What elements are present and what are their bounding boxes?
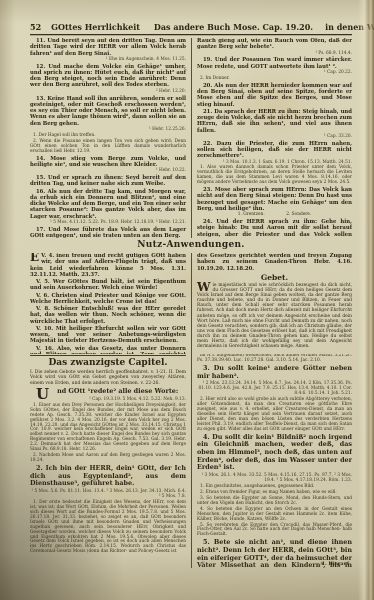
text-line: 13. Keine Hand soll ihn anrühren, sonder… — [30, 96, 186, 127]
chapter20-section: Das zwanzigste Capitel. I. Die zehen Geb… — [30, 354, 352, 568]
text-line: ¹ 3 Mos. 26.1. 4 Mos. 33.52. 5 Mos. 4.15… — [197, 474, 352, 484]
chapter20-column-right: im N.T. aufgehaben) wiederholet, auch al… — [191, 354, 352, 568]
text-line: 21. Da sprach der HERR zu ihm: Steig hin… — [197, 109, 352, 134]
text-line: Rauch gieng auf, wie ein Rauch vom Ofen,… — [197, 38, 352, 51]
prayer-paragraph: Wie majestätisch und wie schröcklich bez… — [197, 283, 352, 350]
header-left-title: GOttes Herrlichkeit — [51, 22, 140, 32]
drop-initial: U — [30, 388, 49, 400]
verses-column-left: 11. Und bereit seyn auf den dritten Tag.… — [30, 38, 191, 238]
verse-one-text: nd GOtt ¹redete² alle diese Worte: — [57, 387, 178, 395]
chapter-summary: I. Die zehen Gebote werden herrlich geof… — [30, 370, 186, 386]
text-line: ¹ Ps. 68.9. 114.4. — [197, 52, 352, 57]
text-line: 1. Also waren dannoch damals schon Pries… — [197, 166, 352, 186]
section-heading-gebet: Gebet. — [197, 273, 352, 282]
text-line: 12. Und mache dem Volcke ein Gehäge¹ umh… — [30, 64, 186, 89]
text-line: im N.T. aufgehaben) wiederholet, auch al… — [197, 354, 352, 364]
text-line: 1. Grentzen. 2. Sondere. — [197, 213, 352, 218]
text-line: 23. Mose aber sprach zum HErrn: Das Volc… — [197, 187, 352, 212]
text-line: 11. Und bereit seyn auf den dritten Tag.… — [30, 38, 186, 57]
section-heading-nutz: Nutz-Anwendungen. — [30, 240, 352, 251]
drop-initial: E — [30, 253, 39, 263]
applications-column-right: des Gesetzes gerichtet werden und freyen… — [191, 253, 352, 354]
chapter20-column-left: Das zwanzigste Capitel. I. Die zehen Geb… — [30, 354, 191, 568]
prayer-text: ie majestätisch und wie schröcklich beze… — [197, 283, 352, 350]
header-center-title: Das andere Buch Mose. Cap. 19.20. — [154, 22, 313, 32]
text-line: 3. So beteten die Egypter an Sonne, Mond… — [197, 497, 352, 507]
page-number: 52 — [30, 22, 41, 32]
text-line: ¹ 2 Mos. 23.13.24. 34.14. 5 Mos. 6.7. Jo… — [197, 382, 352, 397]
text-line: V. 10. Mit heiliger Ehrfurcht sollen wir… — [30, 326, 186, 345]
page-header: 52 GOttes Herrlichkeit Das andere Buch M… — [30, 22, 352, 32]
text-line: V. 16. Also, wie das Gesetz, das unter D… — [30, 346, 186, 355]
application-item-first: V. 4.Einen treuen und recht gütigen GOtt… — [30, 253, 186, 278]
header-right-title: in denen Wolcken. — [325, 22, 374, 32]
text-line: 4. Du sollt dir kein¹ Bildniß² noch irge… — [197, 434, 352, 472]
applications-column-left: V. 4.Einen treuen und recht gütigen GOtt… — [30, 253, 191, 354]
catchword: 1. Hierauf — [322, 561, 349, 567]
text-line: 24. Und der HERR sprach zu ihm: Gehe hin… — [197, 219, 352, 238]
text-line: 2. Im Donner. — [197, 77, 352, 82]
text-line: ¹ Hebr. 10.22. — [30, 169, 186, 174]
text-line: 20. Als nun der HERR hernieder kommen wa… — [197, 83, 352, 108]
text-line: ² Hebr. 12.20. — [30, 90, 186, 95]
text-line: V. 5. Wer GOttes Bund hält, ist sein Eig… — [30, 279, 186, 292]
chapter-heading: Das zwanzigste Capitel. — [30, 358, 186, 369]
chapter-rule — [30, 355, 186, 356]
verses-column-right: Rauch gieng auf, wie ein Rauch vom Ofen,… — [191, 38, 352, 238]
text-line: 14. Mose stieg vom Berge zum Volcke, und… — [30, 156, 186, 169]
text-line: 19. Und der Posaunen Ton ward immer stär… — [197, 57, 352, 70]
text-line: 3. Du sollt keine¹ andere Götter neben m… — [197, 365, 352, 380]
text-line: 2. Ich bin der HERR, dein¹ GOtt, der Ich… — [30, 465, 186, 488]
text-line: ¹ 5 Mos. 5.6. Ps. 81.11. Hos. 13.4. ² 3 … — [30, 490, 186, 500]
text-line: 16. Als nun der dritte Tag kam, und Morg… — [30, 189, 186, 220]
text-line: 2. Nachdem Mose und Aaron auf den Berg g… — [30, 454, 186, 464]
text-line: V. 8. Schöner Entschluß! was der HErr ge… — [30, 306, 186, 325]
applications-section: V. 4.Einen treuen und recht gütigen GOtt… — [30, 253, 352, 354]
text-line: 1. Einer aus den Drey Personen der Hochh… — [30, 404, 186, 453]
verses-section: 11. Und bereit seyn auf den dritten Tag.… — [30, 38, 352, 238]
text-line: 1. Der erste bedeutet die Einigkeit des … — [30, 501, 186, 555]
text-line: ¹ Ehe im Augenschein. 4 Mos. 11.25. — [30, 58, 186, 63]
text-line: 2. Wenn die Posaune einen langen Ton von… — [30, 140, 186, 155]
text-line: 1. Der Hagel soll ihn treffen. — [30, 134, 186, 139]
verse-one: Und GOtt ¹redete² alle diese Worte: — [30, 388, 186, 396]
text-line: V. 6. Christen sind Priester und Könige … — [30, 293, 186, 306]
page-right-edge — [358, 0, 374, 600]
text-line: ¹ 5 Mos. 4.11.12. 5.22. Ps. 18.9. Hebr. … — [30, 221, 186, 226]
text-line: 4. So beteten die Egypter an den Ochsen … — [197, 508, 352, 523]
text-line: 22. Dazu die Priester, die zum HErrn nah… — [197, 141, 352, 160]
text-line: 2. Hier wird also so wohl grobe als auch… — [197, 398, 352, 433]
text-line: 5. So verehreten die Egypter den Crocodi… — [197, 524, 352, 539]
book-page: 52 GOttes Herrlichkeit Das andere Buch M… — [0, 0, 374, 600]
text-line: ¹ Cap. 33.20. — [197, 135, 352, 140]
header-rule — [30, 34, 352, 35]
text-block: 52 GOttes Herrlichkeit Das andere Buch M… — [30, 22, 352, 568]
application-continuation: des Gesetzes gerichtet werden und freyen… — [197, 253, 352, 272]
text-line: 15. Und er sprach zu ihnen: Seyd bereit … — [30, 175, 186, 188]
drop-initial: W — [197, 283, 210, 293]
text-line: 17. Und Mose führete das Volck aus dem L… — [30, 227, 186, 238]
